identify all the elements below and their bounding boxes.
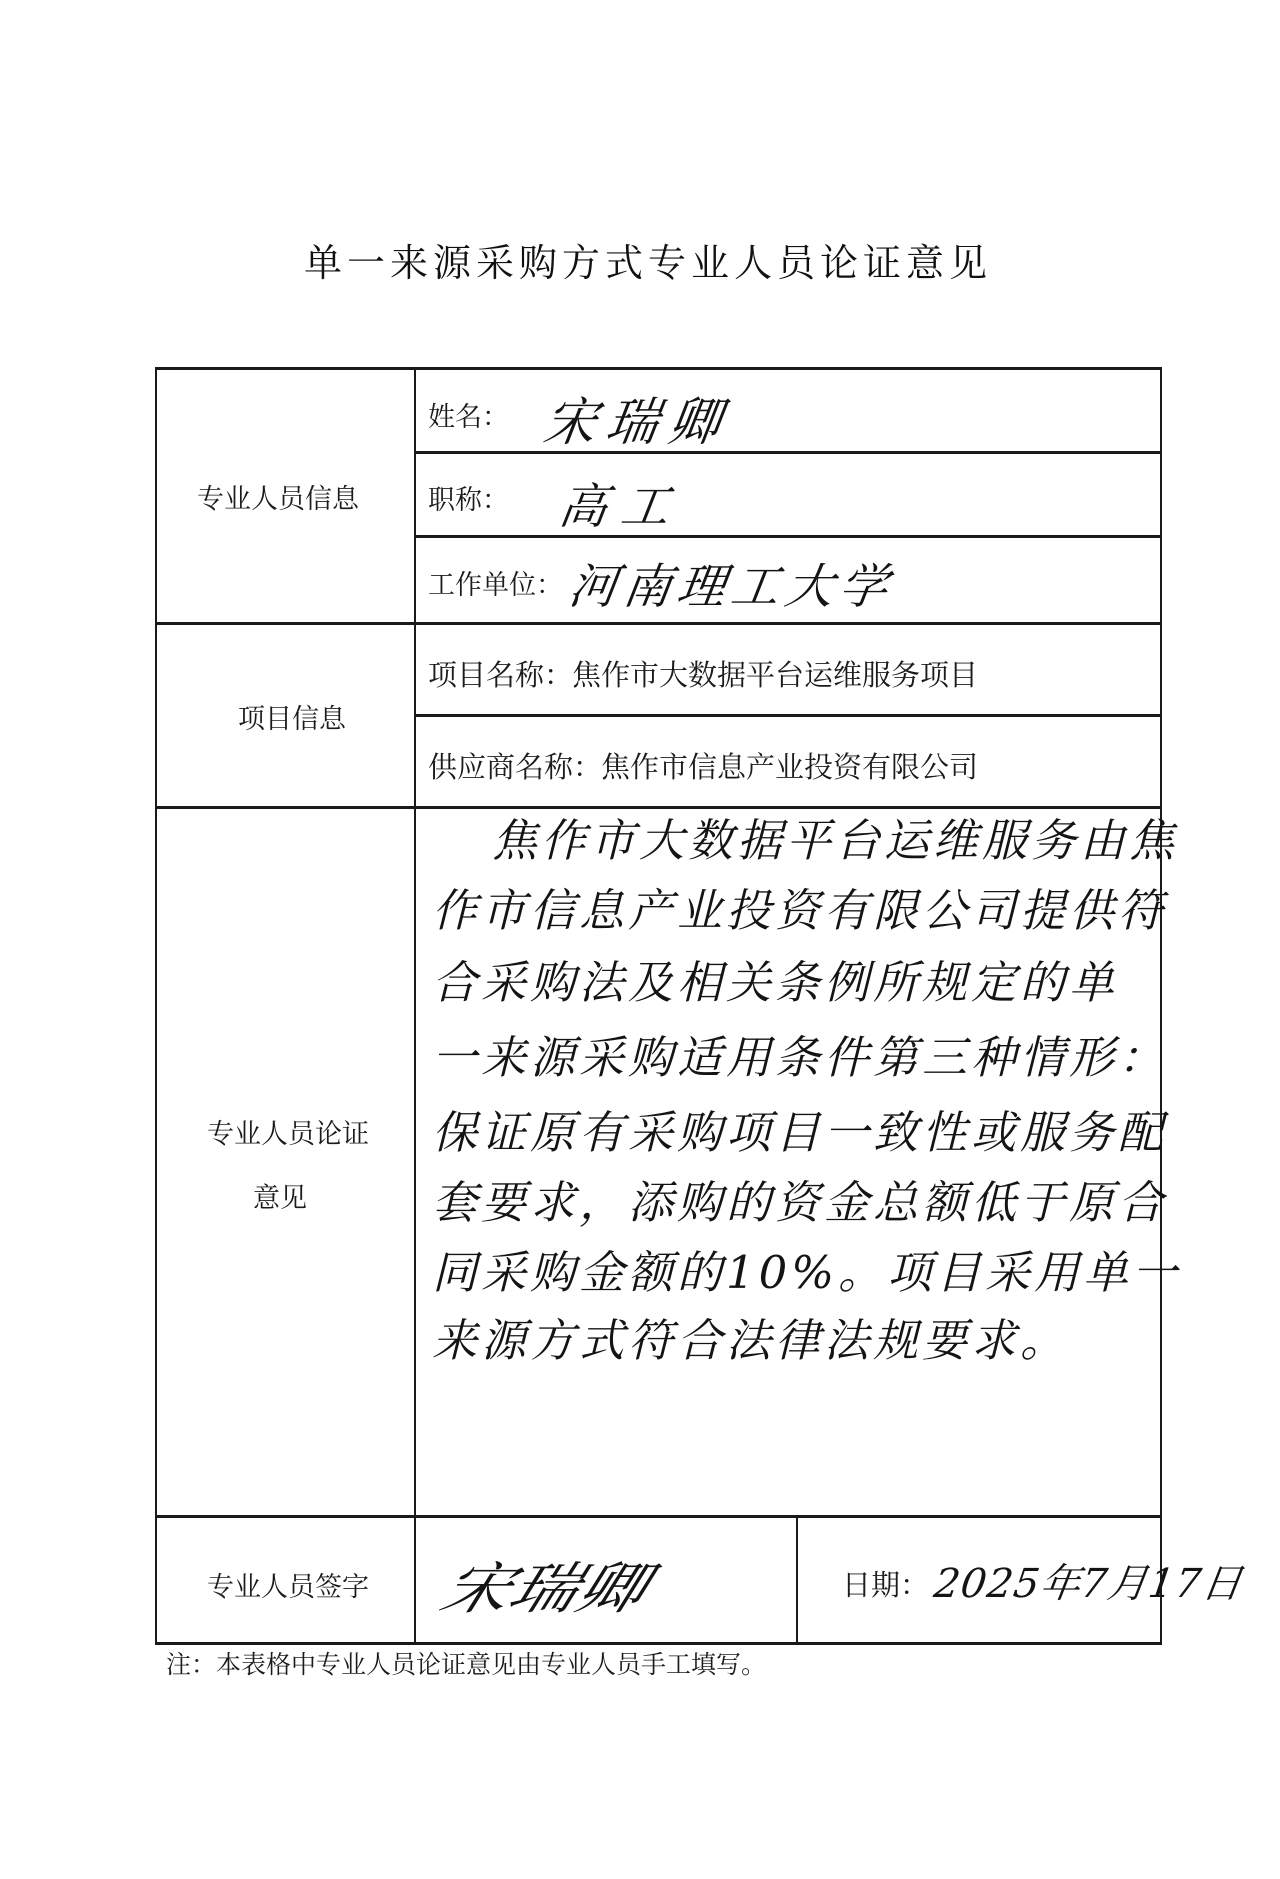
- project-name-label: 项目名称：: [428, 653, 573, 694]
- opinion-label-line1: 专业人员论证: [207, 1112, 369, 1151]
- opinion-line: 套要求，添购的资金总额低于原合: [432, 1180, 1167, 1225]
- name-value: 宋瑞卿: [540, 380, 737, 455]
- project-info-label: 项目信息: [238, 697, 346, 736]
- date-value: 2025年7月17日: [931, 1552, 1247, 1609]
- name-label: 姓名：: [428, 395, 509, 434]
- opinion-line: 合采购法及相关条例所规定的单: [432, 960, 1118, 1005]
- footnote: 注：本表格中专业人员论证意见由专业人员手工填写。: [166, 1645, 766, 1681]
- row-divider: [415, 535, 1162, 538]
- opinion-line: 作市信息产业投资有限公司提供符: [432, 888, 1167, 933]
- supplier-label: 供应商名称：: [428, 745, 602, 786]
- opinion-label-line2: 意见: [253, 1176, 307, 1215]
- employer-label: 工作单位：: [428, 563, 563, 602]
- row-divider: [155, 622, 1162, 625]
- column-divider: [414, 367, 416, 1645]
- column-divider-date: [796, 1515, 798, 1645]
- row-divider: [155, 806, 1162, 809]
- title-value: 高工: [555, 468, 689, 537]
- opinion-line: 焦作市大数据平台运维服务由焦: [492, 818, 1178, 863]
- project-name-value: 焦作市大数据平台运维服务项目: [572, 653, 978, 694]
- table-border-top: [155, 367, 1162, 370]
- table-border-left: [155, 367, 157, 1645]
- document-title: 单一来源采购方式专业人员论证意见: [0, 232, 1280, 287]
- signature-value: 宋瑞卿: [432, 1545, 660, 1625]
- opinion-line: 保证原有采购项目一致性或服务配: [432, 1110, 1167, 1155]
- signature-label: 专业人员签字: [207, 1565, 369, 1604]
- opinion-line: 同采购金额的10%。项目采用单一: [432, 1250, 1181, 1295]
- expert-info-label: 专业人员信息: [197, 477, 359, 516]
- table-border-right: [1160, 367, 1162, 1645]
- row-divider: [415, 451, 1162, 454]
- opinion-line: 一来源采购适用条件第三种情形：: [432, 1035, 1167, 1080]
- opinion-line: 来源方式符合法律法规要求。: [432, 1318, 1069, 1363]
- date-label: 日期：: [842, 1563, 929, 1604]
- title-label: 职称：: [428, 478, 509, 517]
- supplier-value: 焦作市信息产业投资有限公司: [601, 745, 978, 786]
- row-divider: [155, 1515, 1162, 1518]
- row-divider: [415, 714, 1162, 717]
- employer-value: 河南理工大学: [565, 548, 899, 617]
